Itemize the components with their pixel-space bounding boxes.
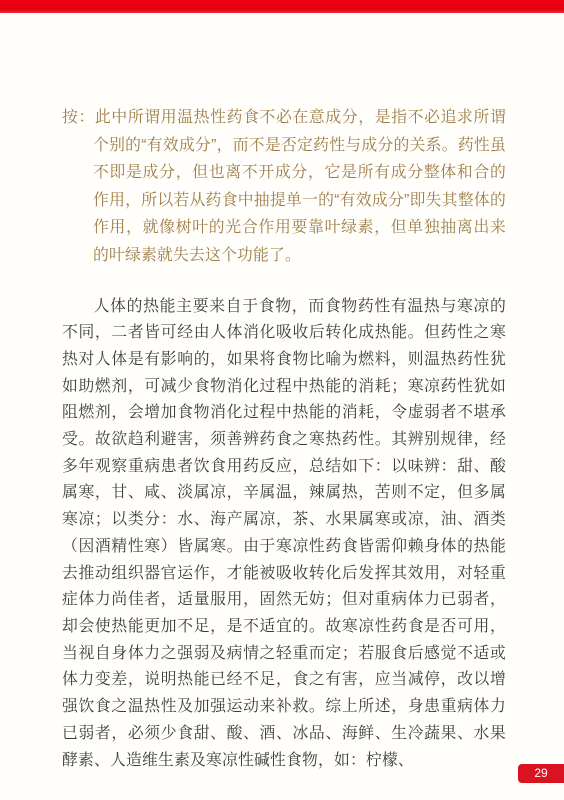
body-paragraph: 人体的热能主要来自于食物，而食物药性有温热与寒凉的不同，二者皆可经由人体消化吸收… (62, 294, 506, 775)
body-text: 人体的热能主要来自于食物，而食物药性有温热与寒凉的不同，二者皆可经由人体消化吸收… (62, 298, 506, 769)
page-number-badge: 29 (518, 764, 564, 783)
note-text: 此中所谓用温热性药食不必在意成分，是指不必追求所谓个别的“有效成分”，而不是否定… (93, 109, 506, 264)
page-content: 按：此中所谓用温热性药食不必在意成分，是指不必追求所谓个别的“有效成分”，而不是… (62, 13, 506, 774)
top-accent-bar (0, 0, 564, 13)
page-number: 29 (534, 766, 547, 780)
note-paragraph: 按：此中所谓用温热性药食不必在意成分，是指不必追求所谓个别的“有效成分”，而不是… (62, 104, 506, 270)
document-page: 按：此中所谓用温热性药食不必在意成分，是指不必追求所谓个别的“有效成分”，而不是… (0, 0, 564, 800)
note-label: 按： (62, 109, 95, 126)
